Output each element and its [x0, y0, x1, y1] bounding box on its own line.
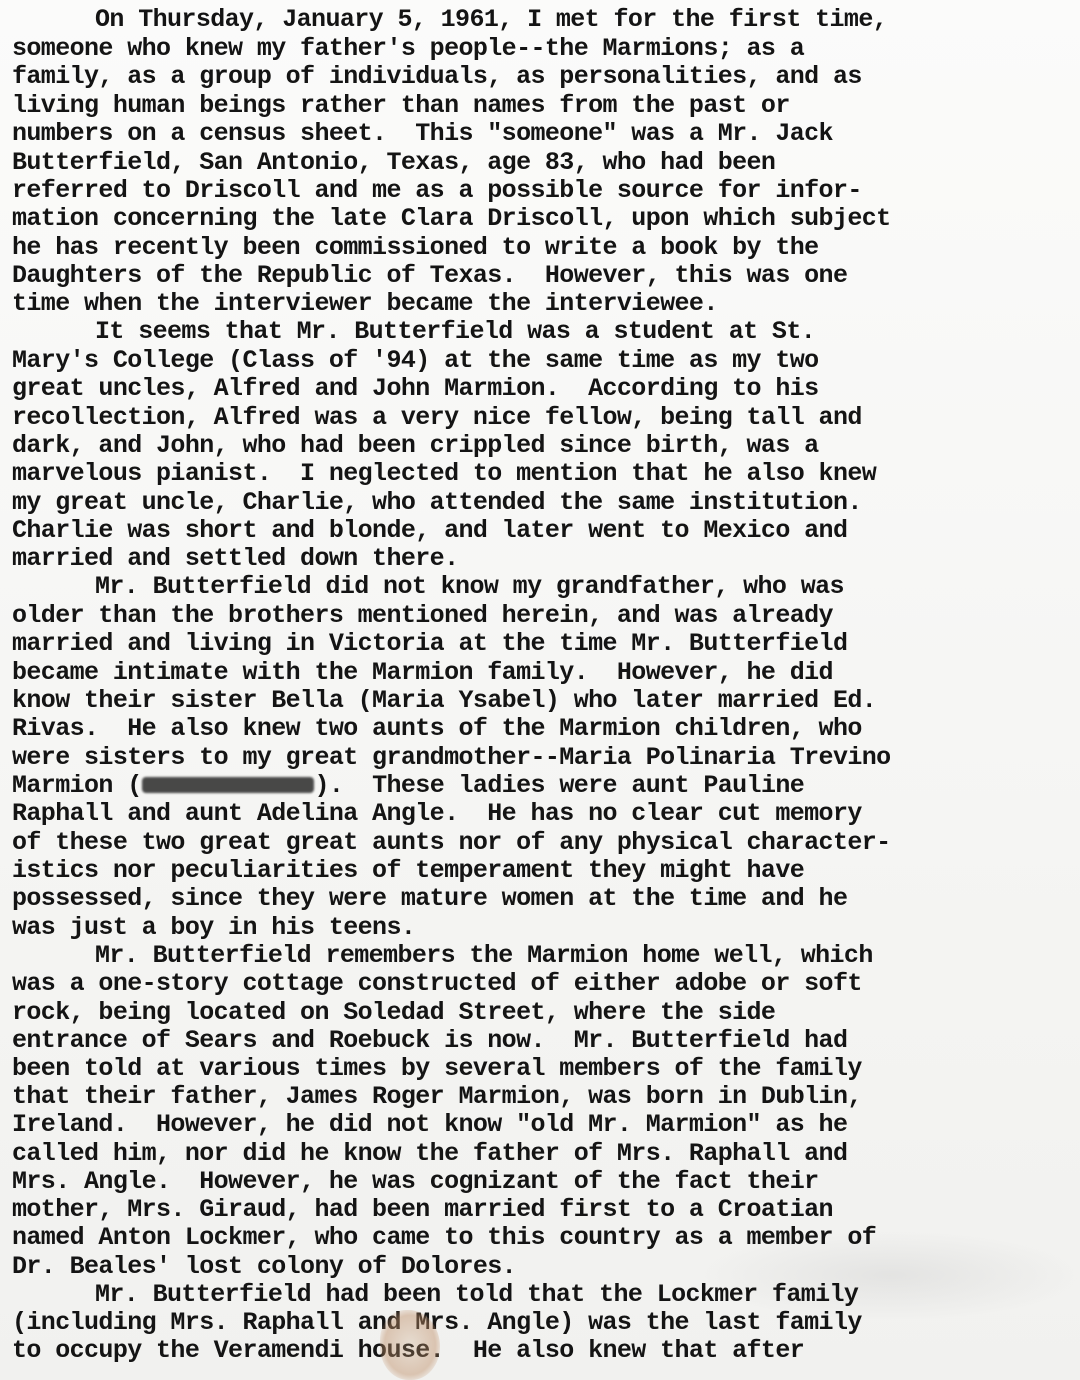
text-line: Mr. Butterfield remembers the Marmion ho… — [95, 942, 873, 970]
text-line: someone who knew my father's people--the… — [12, 35, 804, 63]
text-line: of these two great great aunts nor of an… — [12, 829, 891, 857]
text-line: Butterfield, San Antonio, Texas, age 83,… — [12, 149, 775, 177]
text-line: great uncles, Alfred and John Marmion. A… — [12, 375, 819, 403]
text-line: that their father, James Roger Marmion, … — [12, 1083, 862, 1111]
text-line-with-redaction: Marmion (later Giraud). These ladies wer… — [12, 772, 804, 800]
text-line: family, as a group of individuals, as pe… — [12, 63, 862, 91]
text-line: Rivas. He also knew two aunts of the Mar… — [12, 715, 862, 743]
text-line: On Thursday, January 5, 1961, I met for … — [95, 6, 887, 34]
text-line: It seems that Mr. Butterfield was a stud… — [95, 318, 815, 346]
text-fragment: ). — [314, 771, 343, 800]
text-line: Ireland. However, he did not know "old M… — [12, 1111, 847, 1139]
text-line: were sisters to my great grandmother--Ma… — [12, 744, 891, 772]
text-line: living human beings rather than names fr… — [12, 92, 790, 120]
text-line: named Anton Lockmer, who came to this co… — [12, 1224, 876, 1252]
text-line: older than the brothers mentioned herein… — [12, 602, 833, 630]
text-fragment: Marmion ( — [12, 771, 142, 800]
text-line: time when the interviewer became the int… — [12, 290, 718, 318]
text-line: called him, nor did he know the father o… — [12, 1140, 847, 1168]
text-line: Raphall and aunt Adelina Angle. He has n… — [12, 800, 862, 828]
text-line: became intimate with the Marmion family.… — [12, 659, 833, 687]
text-line: possessed, since they were mature women … — [12, 885, 847, 913]
text-line: been told at various times by several me… — [12, 1055, 862, 1083]
text-line: dark, and John, who had been crippled si… — [12, 432, 819, 460]
text-line: married and living in Victoria at the ti… — [12, 630, 847, 658]
coffee-stain — [380, 1310, 440, 1380]
text-line: my great uncle, Charlie, who attended th… — [12, 489, 862, 517]
text-line: referred to Driscoll and me as a possibl… — [12, 177, 862, 205]
text-line: rock, being located on Soledad Street, w… — [12, 999, 775, 1027]
text-line: istics nor peculiarities of temperament … — [12, 857, 804, 885]
text-line: Mr. Butterfield had been told that the L… — [95, 1281, 858, 1309]
text-line: know their sister Bella (Maria Ysabel) w… — [12, 687, 876, 715]
text-line: Mr. Butterfield did not know my grandfat… — [95, 573, 844, 601]
text-line: marvelous pianist. I neglected to mentio… — [12, 460, 876, 488]
text-line: mation concerning the late Clara Driscol… — [12, 205, 891, 233]
text-line: mother, Mrs. Giraud, had been married fi… — [12, 1196, 833, 1224]
text-line: married and settled down there. — [12, 545, 458, 573]
text-line: entrance of Sears and Roebuck is now. Mr… — [12, 1027, 847, 1055]
text-line: numbers on a census sheet. This "someone… — [12, 120, 833, 148]
text-line: Mrs. Angle. However, he was cognizant of… — [12, 1168, 819, 1196]
text-line: Charlie was short and blonde, and later … — [12, 517, 847, 545]
text-line: was just a boy in his teens. — [12, 914, 415, 942]
scanned-page: On Thursday, January 5, 1961, I met for … — [0, 0, 1080, 1380]
text-line: Mary's College (Class of '94) at the sam… — [12, 347, 819, 375]
text-line: Dr. Beales' lost colony of Dolores. — [12, 1253, 516, 1281]
text-line: Daughters of the Republic of Texas. Howe… — [12, 262, 847, 290]
text-line: he has recently been commissioned to wri… — [12, 234, 819, 262]
text-line: recollection, Alfred was a very nice fel… — [12, 404, 862, 432]
text-fragment: These ladies were aunt Pauline — [372, 771, 804, 800]
text-line: was a one-story cottage constructed of e… — [12, 970, 862, 998]
redacted-text: later Giraud — [142, 777, 315, 793]
